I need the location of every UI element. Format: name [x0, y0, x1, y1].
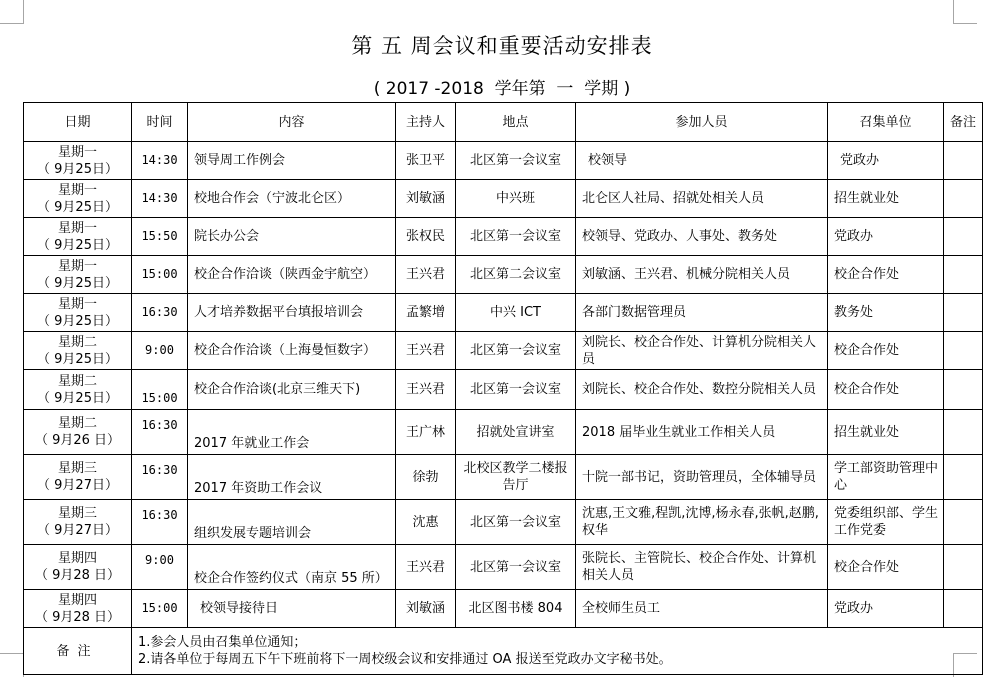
note-line: 1.参会人员由召集单位通知； — [138, 634, 978, 651]
remark-cell — [944, 180, 983, 218]
organizer-cell: 党政办 — [828, 142, 944, 180]
date: （ 9月25日） — [28, 275, 127, 292]
place-cell: 北区第一会议室 — [456, 370, 576, 410]
organizer-cell: 校企合作处 — [828, 332, 944, 370]
header-place: 地点 — [456, 103, 576, 142]
time-cell: 9:00 — [132, 332, 188, 370]
notes-text: 1.参会人员由召集单位通知； 2.请各单位于每周五下午下班前将下一周校级会议和安… — [132, 628, 983, 675]
organizer-cell: 党政办 — [828, 218, 944, 256]
content-cell: 校企合作洽谈（陕西金宇航空） — [188, 256, 396, 294]
date: （ 9月27日） — [28, 522, 127, 539]
organizer-cell: 教务处 — [828, 294, 944, 332]
time-cell: 16:30 — [132, 410, 188, 455]
attendees-cell: 十院一部书记，资助管理员，全体辅导员 — [576, 455, 828, 500]
weekday: 星期三 — [28, 460, 127, 477]
attendees-cell: 沈惠,王文雅,程凯,沈博,杨永春,张帆,赵鹏,权华 — [576, 500, 828, 545]
document-title: 第 五 周会议和重要活动安排表 — [0, 30, 1004, 60]
weekday: 星期三 — [28, 505, 127, 522]
remark-cell — [944, 410, 983, 455]
date-cell: 星期三（ 9月27日） — [24, 455, 132, 500]
time-cell: 14:30 — [132, 180, 188, 218]
host-cell: 徐勃 — [396, 455, 456, 500]
place-cell: 北区第一会议室 — [456, 142, 576, 180]
content-cell: 人才培养数据平台填报培训会 — [188, 294, 396, 332]
header-host: 主持人 — [396, 103, 456, 142]
place-cell: 北区第一会议室 — [456, 218, 576, 256]
host-cell: 沈惠 — [396, 500, 456, 545]
note-line: 2.请各单位于每周五下午下班前将下一周校级会议和安排通过 OA 报送至党政办文字… — [138, 651, 978, 668]
content-cell: 校领导接待日 — [188, 590, 396, 628]
organizer-cell: 校企合作处 — [828, 256, 944, 294]
date-cell: 星期一（ 9月25日） — [24, 142, 132, 180]
attendees-cell: 刘院长、校企合作处、计算机分院相关人员 — [576, 332, 828, 370]
attendees-cell: 张院长、主管院长、校企合作处、计算机相关人员 — [576, 545, 828, 590]
weekday: 星期一 — [28, 144, 127, 161]
table-row: 星期一（ 9月25日） 15:50 院长办公会 张权民 北区第一会议室 校领导、… — [24, 218, 983, 256]
weekday: 星期二 — [28, 334, 127, 351]
place-cell: 北区第一会议室 — [456, 332, 576, 370]
content-cell: 2017 年资助工作会议 — [188, 455, 396, 500]
host-cell: 王广林 — [396, 410, 456, 455]
weekday: 星期一 — [28, 182, 127, 199]
organizer-cell: 招生就业处 — [828, 410, 944, 455]
attendees-cell: 2018 届毕业生就业工作相关人员 — [576, 410, 828, 455]
table-header-row: 日期 时间 内容 主持人 地点 参加人员 召集单位 备注 — [24, 103, 983, 142]
attendees-cell: 刘敏涵、王兴君、机械分院相关人员 — [576, 256, 828, 294]
content-cell: 院长办公会 — [188, 218, 396, 256]
host-cell: 王兴君 — [396, 332, 456, 370]
weekday: 星期二 — [28, 415, 127, 432]
semester-label: ( 2017 -2018 学年第 一 学期 ) — [374, 79, 631, 99]
organizer-cell: 党政办 — [828, 590, 944, 628]
date: （ 9月25日） — [28, 199, 127, 216]
attendees-cell: 各部门数据管理员 — [576, 294, 828, 332]
organizer-cell: 学工部资助管理中心 — [828, 455, 944, 500]
host-cell: 王兴君 — [396, 256, 456, 294]
date: （ 9月25日） — [28, 237, 127, 254]
remark-cell — [944, 455, 983, 500]
date: （ 9月25日） — [28, 313, 127, 330]
weekday: 星期一 — [28, 258, 127, 275]
schedule-table: 日期 时间 内容 主持人 地点 参加人员 召集单位 备注 星期一（ 9月25日）… — [23, 102, 983, 675]
date-cell: 星期四（ 9月28 日） — [24, 590, 132, 628]
header-time: 时间 — [132, 103, 188, 142]
time-cell: 16:30 — [132, 294, 188, 332]
date-cell: 星期二（ 9月25日） — [24, 332, 132, 370]
time-cell: 15:00 — [132, 370, 188, 410]
date-cell: 星期二（ 9月26 日） — [24, 410, 132, 455]
remark-cell — [944, 590, 983, 628]
attendees-cell: 刘院长、校企合作处、数控分院相关人员 — [576, 370, 828, 410]
document-subtitle: ( 2017 -2018 学年第 一 学期 ) — [0, 74, 1004, 99]
content-cell: 校企合作签约仪式（南京 55 所） — [188, 545, 396, 590]
time-cell: 16:30 — [132, 500, 188, 545]
table-row: 星期一（ 9月25日） 15:00 校企合作洽谈（陕西金宇航空） 王兴君 北区第… — [24, 256, 983, 294]
weekday: 星期二 — [28, 373, 127, 390]
place-cell: 北区第二会议室 — [456, 256, 576, 294]
table-row: 星期二（ 9月26 日） 16:30 2017 年就业工作会 王广林 招就处宣讲… — [24, 410, 983, 455]
date-cell: 星期一（ 9月25日） — [24, 256, 132, 294]
content-cell: 校企合作洽谈（上海曼恒数字） — [188, 332, 396, 370]
table-row: 星期四（ 9月28 日） 15:00 校领导接待日 刘敏涵 北区图书楼 804 … — [24, 590, 983, 628]
date-cell: 星期一（ 9月25日） — [24, 218, 132, 256]
header-date: 日期 — [24, 103, 132, 142]
attendees-cell: 校领导 — [576, 142, 828, 180]
header-attendees: 参加人员 — [576, 103, 828, 142]
remark-cell — [944, 332, 983, 370]
date: （ 9月28 日） — [28, 609, 127, 626]
attendees-cell: 北仑区人社局、招就处相关人员 — [576, 180, 828, 218]
host-cell: 张卫平 — [396, 142, 456, 180]
place-cell: 中兴 ICT — [456, 294, 576, 332]
date-cell: 星期一（ 9月25日） — [24, 180, 132, 218]
weekday: 星期四 — [28, 550, 127, 567]
attendees-cell: 全校师生员工 — [576, 590, 828, 628]
time-cell: 16:30 — [132, 455, 188, 500]
remark-cell — [944, 500, 983, 545]
date: （ 9月25日） — [28, 351, 127, 368]
remark-cell — [944, 545, 983, 590]
page-corner-mark-bottom-left — [0, 653, 24, 677]
content-cell: 组织发展专题培训会 — [188, 500, 396, 545]
place-cell: 北区第一会议室 — [456, 500, 576, 545]
host-cell: 孟繁增 — [396, 294, 456, 332]
organizer-cell: 党委组织部、学生工作党委 — [828, 500, 944, 545]
table-row: 星期四（ 9月28 日） 9:00 校企合作签约仪式（南京 55 所） 王兴君 … — [24, 545, 983, 590]
content-cell: 2017 年就业工作会 — [188, 410, 396, 455]
attendees-cell: 校领导、党政办、人事处、教务处 — [576, 218, 828, 256]
remark-cell — [944, 370, 983, 410]
remark-cell — [944, 142, 983, 180]
content-cell: 校企合作洽谈(北京三维天下) — [188, 370, 396, 410]
date-cell: 星期四（ 9月28 日） — [24, 545, 132, 590]
remark-cell — [944, 256, 983, 294]
weekday: 星期四 — [28, 592, 127, 609]
date: （ 9月25日） — [28, 390, 127, 407]
date-cell: 星期一（ 9月25日） — [24, 294, 132, 332]
table-row: 星期三（ 9月27日） 16:30 组织发展专题培训会 沈惠 北区第一会议室 沈… — [24, 500, 983, 545]
time-cell: 15:00 — [132, 256, 188, 294]
date: （ 9月28 日） — [28, 567, 127, 584]
place-cell: 中兴班 — [456, 180, 576, 218]
place-cell: 北区第一会议室 — [456, 545, 576, 590]
date: （ 9月25日） — [28, 161, 127, 178]
header-organizer: 召集单位 — [828, 103, 944, 142]
date-cell: 星期二（ 9月25日） — [24, 370, 132, 410]
host-cell: 张权民 — [396, 218, 456, 256]
organizer-cell: 招生就业处 — [828, 180, 944, 218]
notes-label: 备注 — [24, 628, 132, 675]
place-cell: 北校区教学二楼报告厅 — [456, 455, 576, 500]
weekday: 星期一 — [28, 220, 127, 237]
organizer-cell: 校企合作处 — [828, 370, 944, 410]
content-cell: 领导周工作例会 — [188, 142, 396, 180]
date: （ 9月27日） — [28, 477, 127, 494]
header-remark: 备注 — [944, 103, 983, 142]
header-content: 内容 — [188, 103, 396, 142]
time-cell: 9:00 — [132, 545, 188, 590]
host-cell: 王兴君 — [396, 370, 456, 410]
date-cell: 星期三（ 9月27日） — [24, 500, 132, 545]
organizer-cell: 校企合作处 — [828, 545, 944, 590]
page-corner-mark-top-right — [953, 0, 977, 24]
time-cell: 15:00 — [132, 590, 188, 628]
table-row: 星期二（ 9月25日） 9:00 校企合作洽谈（上海曼恒数字） 王兴君 北区第一… — [24, 332, 983, 370]
content-cell: 校地合作会（宁波北仑区） — [188, 180, 396, 218]
page-corner-mark-top-left — [0, 0, 24, 24]
table-row: 星期一（ 9月25日） 16:30 人才培养数据平台填报培训会 孟繁增 中兴 I… — [24, 294, 983, 332]
date: （ 9月26 日） — [28, 432, 127, 449]
table-row: 星期一（ 9月25日） 14:30 校地合作会（宁波北仑区） 刘敏涵 中兴班 北… — [24, 180, 983, 218]
place-cell: 招就处宣讲室 — [456, 410, 576, 455]
table-row: 星期一（ 9月25日） 14:30 领导周工作例会 张卫平 北区第一会议室 校领… — [24, 142, 983, 180]
remark-cell — [944, 294, 983, 332]
time-cell: 14:30 — [132, 142, 188, 180]
table-row: 星期三（ 9月27日） 16:30 2017 年资助工作会议 徐勃 北校区教学二… — [24, 455, 983, 500]
weekday: 星期一 — [28, 296, 127, 313]
time-cell: 15:50 — [132, 218, 188, 256]
host-cell: 王兴君 — [396, 545, 456, 590]
host-cell: 刘敏涵 — [396, 590, 456, 628]
remark-cell — [944, 218, 983, 256]
table-row: 星期二（ 9月25日） 15:00 校企合作洽谈(北京三维天下) 王兴君 北区第… — [24, 370, 983, 410]
host-cell: 刘敏涵 — [396, 180, 456, 218]
place-cell: 北区图书楼 804 — [456, 590, 576, 628]
notes-row: 备注 1.参会人员由召集单位通知； 2.请各单位于每周五下午下班前将下一周校级会… — [24, 628, 983, 675]
